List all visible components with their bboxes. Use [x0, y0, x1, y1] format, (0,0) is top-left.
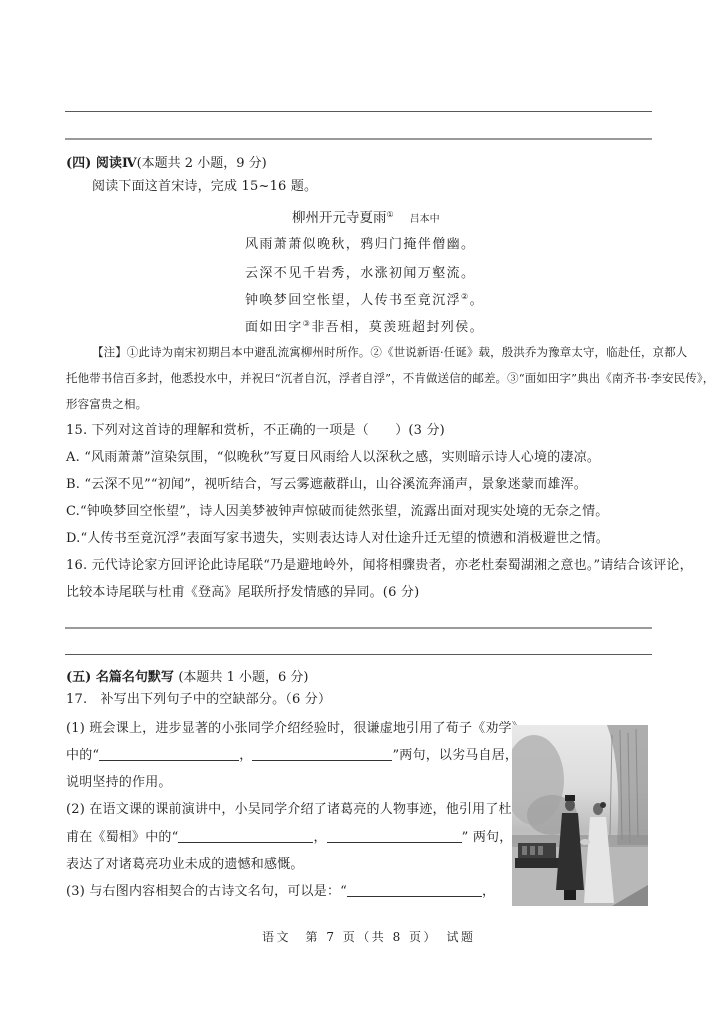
text: ，	[482, 884, 495, 899]
q17-part1-line: (1) 班会课上，进步显著的小张同学介绍经验时，很谦虚地引用了荀子《劝学》	[66, 721, 525, 737]
text: ” 两句，	[462, 830, 513, 845]
poem-title: 柳州开元寺夏雨①吕本中	[292, 206, 440, 226]
section-5-title: (五) 名篇名句默写 (本题共 1 小题，6 分)	[66, 666, 308, 685]
poem-line-text: 面如田字	[245, 320, 303, 335]
option-d: D.“人传书至竟沉浮”表面写家书遗失，实则表达诗人对仕途升迁无望的愤懑和消极避世…	[66, 531, 609, 547]
option-c: C.“钟唤梦回空怅望”，诗人因美梦被钟声惊破而徒然张望，流露出面对现实处境的无奈…	[66, 504, 609, 520]
answer-line	[65, 138, 652, 140]
text: 中的“	[66, 748, 99, 763]
question-16-line: 比较本诗尾联与杜甫《登高》尾联所抒发情感的异同。(6 分)	[66, 585, 419, 601]
option-a: A. “风雨萧萧”渲染氛围，“似晚秋”写夏日风雨给人以深秋之感，实则暗示诗人心境…	[66, 450, 600, 466]
q17-part2-line: 表达了对诸葛亮功业未成的遗憾和感慨。	[66, 857, 304, 873]
couple-by-lake-photo	[512, 725, 648, 906]
section-label: (四) 阅读Ⅳ	[66, 156, 137, 171]
q17-part1-line: 说明坚持的作用。	[66, 775, 172, 791]
poem-line: 风雨萧萧似晚秋，鸦归门掩伴僧幽。	[245, 233, 475, 252]
annotation-line: 形容富贵之相。	[66, 397, 147, 411]
fill-blank[interactable]	[327, 830, 462, 843]
section-4-title: (四) 阅读Ⅳ(本题共 2 小题，9 分)	[66, 152, 267, 171]
fill-blank[interactable]	[347, 884, 482, 897]
q17-part2-line: (2) 在语文课的课前演讲中，小吴同学介绍了诸葛亮的人物事迹，他引用了杜	[66, 802, 512, 818]
annotation-line: 托他带书信百多封，他悉投水中，并祝曰“沉者自沉，浮者自浮”，不肯做送信的邮差。③…	[66, 371, 714, 385]
fill-blank[interactable]	[178, 830, 313, 843]
q17-part2-fill-line: 甫在《蜀相》中的“，” 两句，	[66, 830, 512, 846]
text: ，	[239, 748, 252, 763]
fill-blank[interactable]	[99, 748, 239, 761]
poem-line-text: 钟唤梦回空怅望，人传书至竟沉浮	[245, 293, 461, 308]
footnote-marker: ②	[461, 292, 470, 301]
text: (3) 与右图内容相契合的古诗文名句，可以是：“	[66, 884, 347, 899]
section-meta: (本题共 1 小题，6 分)	[178, 670, 308, 685]
question-15-stem: 15. 下列对这首诗的理解和赏析，不正确的一项是（ ）(3 分)	[66, 423, 445, 439]
poem-line-tail: 。	[470, 293, 484, 308]
text: ，	[313, 830, 326, 845]
poem-line-text: 非吾相，莫羡班超封列侯。	[311, 320, 484, 335]
text: 甫在《蜀相》中的“	[66, 830, 178, 845]
section-meta: (本题共 2 小题，9 分)	[137, 156, 267, 171]
fill-blank[interactable]	[252, 748, 392, 761]
poem-line: 面如田字③非吾相，莫羡班超封列侯。	[245, 316, 484, 335]
footnote-marker: ①	[387, 210, 394, 219]
annotation-line: 【注】①此诗为南宋初期吕本中避乱流寓柳州时所作。②《世说新语·任诞》载，殷洪乔为…	[92, 345, 687, 359]
section-label: (五) 名篇名句默写	[66, 670, 174, 685]
footnote-marker: ③	[303, 319, 312, 328]
photo-illustration	[512, 725, 648, 906]
answer-line	[65, 111, 652, 112]
option-b: B. “云深不见”“初闻”，视听结合，写云雾遮蔽群山，山谷溪流奔涌声，景象迷蒙而…	[66, 477, 587, 493]
question-16-line: 16. 元代诗论家方回评论此诗尾联“乃是避地岭外，闻将相骤贵者，亦老杜秦蜀湖湘之…	[66, 558, 693, 574]
poem-line: 钟唤梦回空怅望，人传书至竟沉浮②。	[245, 289, 484, 308]
section-4-intro: 阅读下面这首宋诗，完成 15~16 题。	[92, 179, 317, 195]
page-footer: 语文 第 7 页（共 8 页） 试题	[262, 928, 476, 945]
question-17-stem: 17. 补写出下列句子中的空缺部分。（6 分）	[66, 692, 331, 708]
poem-title-text: 柳州开元寺夏雨	[292, 210, 387, 226]
answer-line[interactable]	[65, 627, 652, 629]
text: ”两句，以劣马自居，	[392, 748, 518, 763]
poem-line: 云深不见千岩秀，水涨初闻万壑流。	[245, 262, 475, 281]
poem-author: 吕本中	[410, 214, 440, 225]
answer-line[interactable]	[65, 654, 652, 655]
q17-part3-fill-line: (3) 与右图内容相契合的古诗文名句，可以是：“，	[66, 884, 495, 900]
q17-part1-fill-line: 中的“，”两句，以劣马自居，	[66, 748, 518, 764]
